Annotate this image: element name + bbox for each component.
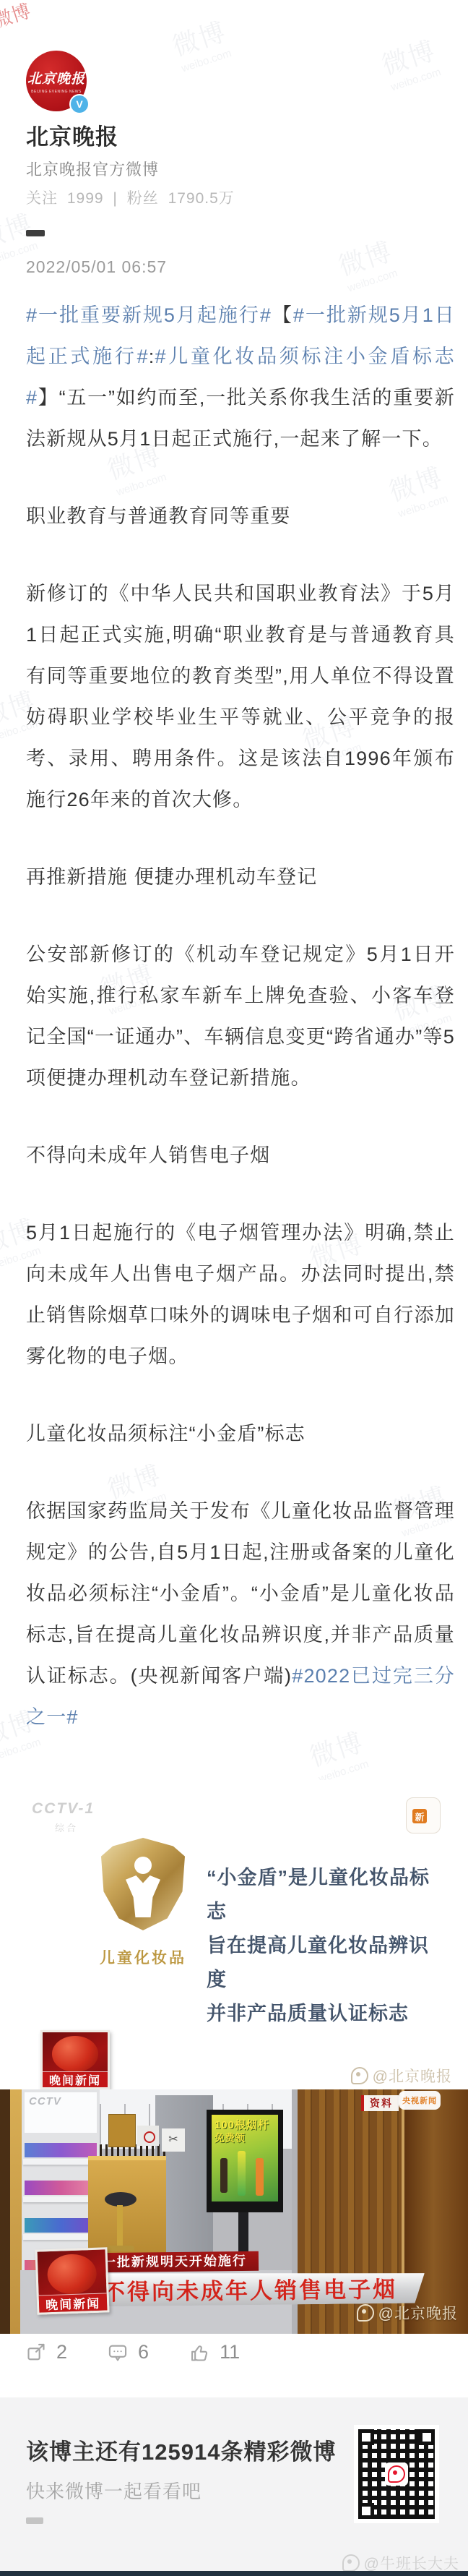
news-app-logo-icon: 新: [406, 1797, 441, 1833]
like-count: 11: [220, 2341, 240, 2363]
section-heading: 不得向未成年人销售电子烟: [26, 1135, 455, 1176]
weibo-eye-icon: [357, 2304, 374, 2322]
following-label: 关注: [26, 190, 58, 207]
weibo-eye-icon: [351, 2067, 368, 2084]
post-text-span: :: [149, 346, 155, 367]
fans-label: 粉丝: [127, 190, 159, 207]
section-heading: 再推新措施 便捷办理机动车登记: [26, 857, 455, 898]
cctv1-sub-watermark: 综合: [55, 1820, 78, 1834]
qr-code: [354, 2425, 439, 2523]
carton-box: [108, 2114, 136, 2147]
bottom-border: [0, 2571, 468, 2576]
vape-pen-green: [238, 2151, 246, 2196]
post-text-span: 】“五一”如约而至,一批关系你我生活的重要新法新规从5月1日起正式施行,一起来了…: [26, 387, 455, 450]
divider-dash: [26, 230, 45, 236]
caption-line: “小金盾”是儿童化妆品标志: [207, 1861, 445, 1929]
hashtag-link[interactable]: #一批重要新规5月起施行#: [26, 304, 272, 326]
footer-promo: 该博主还有125914条精彩微博 快来微博一起看看吧 @牛班长大夫: [0, 2397, 468, 2576]
avatar-title: 北京晚报: [27, 68, 85, 87]
gold-shield-icon: [101, 1838, 185, 1930]
post-intro: #一批重要新规5月起施行#【#一批新规5月1日起正式施行#:#儿童化妆品须标注小…: [26, 295, 455, 460]
avatar-subtitle: BEIJING EVENING NEWS: [31, 90, 82, 94]
like-button[interactable]: 11: [189, 2341, 240, 2363]
cctv-news-badge: 央视新闻: [399, 2091, 441, 2110]
globe-icon: [52, 2036, 99, 2072]
left-dark-strip: [0, 2089, 10, 2334]
poster-title: 100根烟杆: [214, 2117, 269, 2132]
share-icon: [26, 2342, 46, 2363]
like-icon: [189, 2342, 209, 2363]
post-text-span: 依据国家药监局关于发布《儿童化妆品监督管理规定》的公告,自5月1日起,注册或备案…: [26, 1500, 455, 1687]
section-heading: 儿童化妆品须标注“小金盾”标志: [26, 1413, 455, 1455]
credit-text: @北京晚报: [378, 2302, 458, 2324]
embedded-image-store[interactable]: CCTV ✂ 100根烟杆 免费领 资料 央视新闻 一批新规明: [0, 2089, 468, 2334]
white-box-scissors: ✂: [162, 2128, 185, 2152]
profile-name: 北京晚报: [26, 119, 118, 151]
vape-pen-orange: [256, 2158, 264, 2196]
news-topic-strip: 一批新规明天开始施行: [91, 2251, 259, 2272]
weibo-post-screenshot: 微博weibo.com 微博weibo.com 微博weibo.com 微博we…: [0, 0, 468, 2576]
share-button[interactable]: 2: [26, 2341, 67, 2363]
evening-news-logo: 晚间新闻: [40, 2030, 110, 2089]
poster-subtitle: 免费领: [214, 2131, 245, 2145]
following-count: 1999: [67, 190, 104, 207]
product-row: [25, 2218, 97, 2233]
section-body: 新修订的《中华人民共和国职业教育法》于5月1日起正式实施,明确“职业教育是与普通…: [26, 573, 455, 821]
product-row: [25, 2143, 97, 2157]
weibo-eye-icon: [388, 2465, 405, 2483]
profile-subtitle: 北京晚报官方微博: [26, 158, 159, 180]
section-heading: 职业教育与普通教育同等重要: [26, 496, 455, 537]
shield-label: 儿童化妆品: [92, 1946, 194, 1968]
comment-count: 6: [138, 2341, 149, 2363]
footer-subtitle: 快来微博一起看看吧: [26, 2477, 201, 2504]
watermark-red-fragment: 微博: [0, 0, 33, 33]
vape-poster: 100根烟杆 免费领: [212, 2115, 278, 2201]
verified-badge-icon: V: [69, 94, 90, 114]
credit-text: @北京晚报: [373, 2065, 452, 2087]
vape-pen-dark: [220, 2158, 227, 2193]
footer-dash: [26, 2517, 43, 2524]
fans-count: 1790.5万: [168, 190, 235, 207]
footer-title: 该博主还有125914条精彩微博: [26, 2434, 336, 2466]
cctv-photo-watermark: CCTV: [29, 2095, 61, 2108]
caption-line: 并非产品质量认证标志: [207, 1997, 445, 2031]
comment-icon: [108, 2342, 128, 2363]
image-credit: @北京晚报: [357, 2302, 458, 2324]
white-box-nosmoking: [137, 2126, 159, 2146]
image-credit: @北京晚报: [351, 2065, 452, 2087]
section-body: 依据国家药监局关于发布《儿童化妆品监督管理规定》的公告,自5月1日起,注册或备案…: [26, 1491, 455, 1738]
share-count: 2: [56, 2341, 67, 2363]
post-text: #一批重要新规5月起施行#【#一批新规5月1日起正式施行#:#儿童化妆品须标注小…: [26, 295, 455, 1777]
post-timestamp: 2022/05/01 06:57: [26, 257, 167, 277]
headline-text: 不得向未成年人销售电子烟: [103, 2270, 397, 2306]
product-row: [25, 2181, 97, 2195]
caption-line: 旨在提高儿童化妆品辨识度: [207, 1929, 445, 1997]
comment-button[interactable]: 6: [108, 2341, 149, 2363]
post-text-span: 【: [272, 304, 293, 326]
stool-base: [107, 2246, 134, 2251]
news-app-logo-char: 新: [412, 1809, 427, 1823]
embedded-image-shield[interactable]: CCTV-1 综合 新 儿童化妆品 “小金盾”是儿童化妆品标志 旨在提高儿童化妆…: [0, 1780, 468, 2089]
caption-lines: “小金盾”是儿童化妆品标志 旨在提高儿童化妆品辨识度 并非产品质量认证标志: [207, 1861, 445, 2031]
section-body: 公安部新修订的《机动车登记规定》5月1日开始实施,推行私家车新车上牌免查验、小客…: [26, 934, 455, 1099]
cctv1-watermark: CCTV-1: [32, 1800, 95, 1818]
action-bar: 2 6 11: [26, 2341, 280, 2363]
footage-tag: 资料: [361, 2095, 399, 2111]
evening-news-logo: 晚间新闻: [35, 2247, 109, 2314]
profile-stats: 关注 1999 | 粉丝 1790.5万: [26, 187, 239, 208]
stool-seat: [105, 2192, 136, 2207]
evening-news-label: 晚间新闻: [39, 2293, 108, 2313]
evening-news-label: 晚间新闻: [43, 2071, 108, 2087]
globe-icon: [47, 2254, 97, 2295]
weibo-eye-icon: [342, 2554, 360, 2572]
news-headline-banner: 不得向未成年人销售电子烟: [91, 2270, 425, 2307]
section-body: 5月1日起施行的《电子烟管理办法》明确,禁止向未成年人出售电子烟产品。办法同时提…: [26, 1212, 455, 1377]
stats-separator: |: [113, 190, 117, 207]
stool-pole: [117, 2205, 123, 2247]
